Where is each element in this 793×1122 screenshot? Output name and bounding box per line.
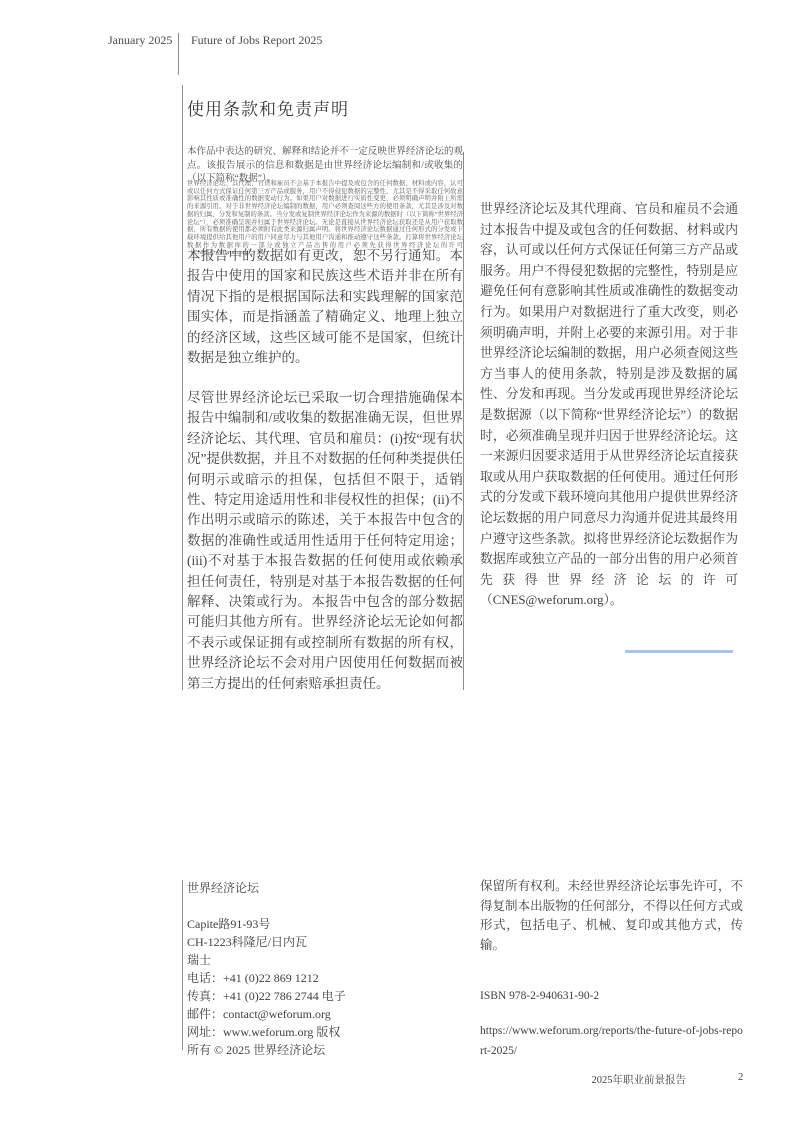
left-margin-rule (182, 85, 183, 690)
header-report-title: Future of Jobs Report 2025 (191, 33, 322, 48)
footer-phone-line: 电话：+41 (0)22 869 1212 (187, 969, 319, 986)
footer-website-line: 网址：www.weforum.org 版权 (187, 1023, 340, 1040)
page-footer-report-title: 2025年职业前景报告 (520, 1072, 686, 1087)
terms-paragraph: 世界经济论坛及其代理商、官员和雇员不会通过本报告中提及或包含的任何数据、材料或内… (480, 199, 738, 611)
footer-address-line: CH-1223科隆尼/日内瓦 (187, 933, 307, 950)
page-number: 2 (738, 1072, 743, 1083)
footer-email-line: 邮件：contact@weforum.org (187, 1005, 331, 1022)
header-date: January 2025 (108, 33, 172, 48)
footer-address-line: 瑞士 (187, 951, 211, 968)
header-divider (178, 33, 179, 75)
footer-copyright-line: 所有 © 2025 世界经济论坛 (187, 1041, 325, 1058)
column-divider-rule (463, 152, 464, 690)
page-title: 使用条款和免责声明 (187, 95, 349, 120)
document-page: January 2025 Future of Jobs Report 2025 … (0, 0, 793, 1122)
footer-margin-rule (182, 880, 183, 1050)
footer-fax-line: 传真：+41 (0)22 786 2744 电子 (187, 987, 346, 1004)
footer-address-line: Capite路91-93号 (187, 915, 270, 932)
data-change-paragraph: 本报告中的数据如有更改，恕不另行通知。本报告中使用的国家和民族这些术语并非在所有… (187, 246, 463, 368)
liability-paragraph: 尽管世界经济论坛已采取一切合理措施确保本报告中编制和/或收集的数据准确无误，但世… (187, 388, 463, 694)
footer-org-name: 世界经济论坛 (187, 879, 259, 896)
report-url-text: https://www.weforum.org/reports/the-futu… (480, 1022, 746, 1061)
rights-reserved-paragraph: 保留所有权利。未经世界经济论坛事先许可，不得复制本出版物的任何部分，不得以任何方… (480, 877, 743, 955)
isbn-text: ISBN 978-2-940631-90-2 (480, 990, 599, 1002)
accent-divider-line (625, 650, 733, 653)
